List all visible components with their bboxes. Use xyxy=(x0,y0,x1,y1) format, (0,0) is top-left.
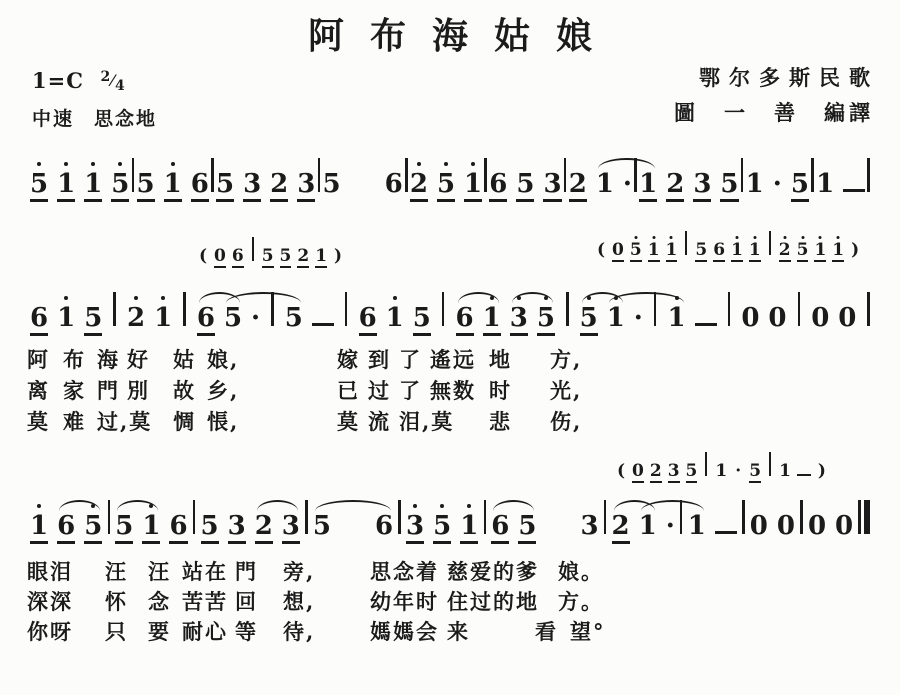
lyric-segment: 了 xyxy=(399,375,422,405)
note-5: 5 xyxy=(84,305,102,336)
measure: 653 xyxy=(491,513,598,544)
lyric-segment: 好 xyxy=(127,344,150,374)
barline xyxy=(442,292,445,326)
measure: 00 xyxy=(741,305,786,331)
slur-arc xyxy=(59,500,100,511)
note-1: 1 xyxy=(648,242,660,262)
note-6: 6 xyxy=(191,171,209,202)
measure: 653 xyxy=(489,171,561,202)
note-5: 5 xyxy=(433,513,451,544)
note-1: 1 xyxy=(731,242,743,262)
measure: 00 xyxy=(808,513,853,539)
note-1: 1 xyxy=(154,305,172,331)
slur-arc xyxy=(117,500,158,511)
measure: 5 xyxy=(285,305,334,336)
parenthesis: ) xyxy=(333,248,343,265)
note-2: 2 xyxy=(569,171,587,202)
note-2: 2 xyxy=(612,513,630,544)
song-title: 阿布海姑娘 xyxy=(0,8,900,59)
measure: (06 xyxy=(198,248,244,268)
lyric-segment: 海 xyxy=(97,344,120,374)
measure: 56 xyxy=(313,513,393,539)
measure: 1·5 xyxy=(715,463,761,483)
measure: 165 xyxy=(30,513,102,544)
note-5: 5 xyxy=(285,305,303,331)
note-1: 1 xyxy=(57,305,75,331)
barline xyxy=(564,158,567,192)
octave-dot xyxy=(37,504,41,508)
note-5: 5 xyxy=(137,171,155,202)
note-2: 2 xyxy=(127,305,145,331)
note-3: 3 xyxy=(228,513,246,544)
meter-denominator: 4 xyxy=(115,78,126,94)
octave-dot xyxy=(37,162,41,166)
barline xyxy=(798,292,801,326)
note-3: 3 xyxy=(510,305,528,336)
note-6: 6 xyxy=(232,248,244,268)
slur-arc xyxy=(493,500,534,511)
lyric-segment: 伤, xyxy=(550,406,582,436)
parenthesis: ( xyxy=(596,242,606,259)
slur-arc xyxy=(226,292,301,303)
note-6: 6 xyxy=(359,305,377,336)
tempo-marking: 中速思念地 xyxy=(32,104,157,131)
rest-note: 0 xyxy=(632,463,644,483)
note-1: 1 xyxy=(779,463,791,480)
note-1: 1 xyxy=(386,305,404,331)
note-5: 5 xyxy=(30,171,48,202)
note-5: 5 xyxy=(280,248,292,268)
parenthesis: ( xyxy=(616,463,626,480)
note-5: 5 xyxy=(516,171,534,202)
lyric-segment: 怀 xyxy=(105,586,128,616)
note-1: 1 xyxy=(315,248,327,268)
augmentation-dot: · xyxy=(251,305,260,331)
measure: 21 xyxy=(127,305,172,331)
measure: 251 xyxy=(410,171,482,202)
note-5: 5 xyxy=(518,513,536,544)
slur-arc xyxy=(641,500,704,511)
octave-dot xyxy=(134,296,138,300)
octave-dot xyxy=(735,236,738,239)
octave-dot xyxy=(801,236,804,239)
note-6: 6 xyxy=(713,242,725,262)
note-1: 1 xyxy=(164,171,182,202)
measure: 5521) xyxy=(262,248,343,268)
barline xyxy=(484,158,487,192)
note-5: 5 xyxy=(437,171,455,202)
augmentation-dot: · xyxy=(773,171,782,197)
lyric-segment: 布 xyxy=(63,344,86,374)
lyric-segment: 幼年时 xyxy=(370,586,439,616)
barline xyxy=(769,231,771,255)
measure: 51· xyxy=(580,305,643,336)
barline xyxy=(345,292,348,326)
lyric-segment: 站在 xyxy=(182,556,228,586)
note-5: 5 xyxy=(749,463,761,483)
lyric-segment: 你呀 xyxy=(27,616,73,646)
note-1: 1 xyxy=(460,513,478,544)
lyric-segment: 思念着 xyxy=(370,556,439,586)
rest-note: 0 xyxy=(835,513,853,539)
lyric-segment: 深深 xyxy=(27,586,73,616)
barline xyxy=(769,452,771,476)
measure: 351 xyxy=(406,513,478,544)
note-5: 5 xyxy=(262,248,274,268)
note-5: 5 xyxy=(201,513,219,544)
octave-dot xyxy=(393,296,397,300)
lyric-segment: 离 xyxy=(27,375,50,405)
lyric-segment: 待, xyxy=(283,616,315,646)
measure: 516 xyxy=(115,513,187,544)
measure: 21· xyxy=(612,513,675,544)
lyric-segment: 方。 xyxy=(558,586,604,616)
lyric-segment: 过,莫 xyxy=(97,406,152,436)
octave-dot xyxy=(670,236,673,239)
lyric-segment: 嫁 xyxy=(337,344,360,374)
note-6: 6 xyxy=(169,513,187,544)
note-spacer xyxy=(340,533,366,534)
barline xyxy=(867,292,870,326)
note-2: 2 xyxy=(410,171,428,202)
note-6: 6 xyxy=(491,513,509,544)
octave-dot xyxy=(634,236,637,239)
meter-numerator: 2 xyxy=(101,69,112,85)
lyric-segment: 莫 xyxy=(337,406,360,436)
lyric-segment: 門 xyxy=(97,375,120,405)
lyric-segment: 娘, xyxy=(207,344,239,374)
note-6: 6 xyxy=(489,171,507,202)
lyric-segment: 了 xyxy=(399,344,422,374)
slur-arc xyxy=(609,292,684,303)
lyric-segment: 悲 xyxy=(489,406,512,436)
augmentation-dot: · xyxy=(666,513,675,539)
note-spacer xyxy=(545,533,571,534)
barline xyxy=(858,500,861,534)
lyric-segment: 方, xyxy=(550,344,582,374)
pickup-figure-1: (065521) xyxy=(198,237,343,265)
note-2: 2 xyxy=(297,248,309,268)
slur-arc xyxy=(458,292,499,303)
arranger-credit: 圖 一 善 編譯 xyxy=(674,97,874,127)
note-1: 1 xyxy=(596,171,614,197)
measure: 2511) xyxy=(779,242,860,262)
barline xyxy=(728,292,731,326)
note-5: 5 xyxy=(323,171,341,197)
augmentation-dot: · xyxy=(634,305,643,331)
measure: 1 xyxy=(816,171,865,202)
note-3: 3 xyxy=(693,171,711,202)
measure: 56 xyxy=(323,171,403,197)
lyric-segment: 看 xyxy=(535,616,558,646)
note-spacer xyxy=(350,191,376,192)
final-barline xyxy=(858,500,870,534)
measure: 516 xyxy=(137,171,209,202)
note-1: 1 xyxy=(483,305,501,336)
measure: 1 xyxy=(668,305,717,336)
note-2: 2 xyxy=(255,513,273,544)
note-5: 5 xyxy=(580,305,598,336)
measure: 21· xyxy=(569,171,632,202)
note-6: 6 xyxy=(375,513,393,539)
note-6: 6 xyxy=(385,171,403,197)
note-5: 5 xyxy=(216,171,234,202)
note-2: 2 xyxy=(779,242,791,262)
note-1: 1 xyxy=(142,513,160,544)
parenthesis: ) xyxy=(850,242,860,259)
note-5: 5 xyxy=(84,513,102,544)
barline xyxy=(811,158,814,192)
octave-dot xyxy=(444,162,448,166)
barline xyxy=(705,452,707,476)
song-origin: 鄂尔多斯民歌 xyxy=(674,62,879,92)
key-and-tempo-block: 1=C 2⁄4 中速思念地 xyxy=(32,68,157,131)
lyric-segment: 旁, xyxy=(283,556,315,586)
note-5: 5 xyxy=(115,513,133,544)
octave-dot xyxy=(64,296,68,300)
lyric-segment: 眼泪 xyxy=(27,556,73,586)
lyric-segment: 別 xyxy=(127,375,150,405)
barline xyxy=(211,158,214,192)
key-label: 1=C xyxy=(32,68,84,93)
lyric-segment: 流 xyxy=(368,406,391,436)
note-1: 1 xyxy=(30,513,48,544)
pickup-figure-3: (02351·51) xyxy=(616,452,827,480)
octave-dot xyxy=(171,162,175,166)
octave-dot xyxy=(837,236,840,239)
duration-dash xyxy=(797,474,811,476)
note-1: 1 xyxy=(832,242,844,262)
note-3: 3 xyxy=(543,171,561,202)
note-3: 3 xyxy=(243,171,261,202)
rest-note: 0 xyxy=(750,513,768,539)
lyric-segment: 住过的地 xyxy=(447,586,539,616)
note-5: 5 xyxy=(695,242,707,262)
barline xyxy=(867,158,870,192)
measure: 00 xyxy=(811,305,856,331)
barline xyxy=(252,237,254,261)
note-5: 5 xyxy=(413,305,431,336)
measure: 5115 xyxy=(30,171,129,202)
lyric-segment: 遙远 xyxy=(430,344,476,374)
barline xyxy=(113,292,116,326)
expression-label: 思念地 xyxy=(94,108,157,130)
duration-dash xyxy=(312,323,334,326)
note-3: 3 xyxy=(297,171,315,202)
barline xyxy=(405,158,408,192)
note-2: 2 xyxy=(270,171,288,202)
parenthesis: ( xyxy=(198,248,208,265)
barline xyxy=(108,500,111,534)
lyric-segment: 念 xyxy=(148,586,171,616)
rest-note: 0 xyxy=(838,305,856,331)
lyric-segment: 門 xyxy=(235,556,258,586)
lyric-segment: 悵, xyxy=(207,406,239,436)
lyric-segment: 姑 xyxy=(173,344,196,374)
measure: 615 xyxy=(30,305,102,336)
note-5: 5 xyxy=(630,242,642,262)
note-1: 1 xyxy=(57,171,75,202)
barline xyxy=(800,500,803,534)
lyric-segment: 来 xyxy=(447,616,470,646)
parenthesis: ) xyxy=(817,463,827,480)
octave-dot xyxy=(64,162,68,166)
octave-dot xyxy=(440,504,444,508)
note-5: 5 xyxy=(791,171,809,202)
barline xyxy=(318,158,321,192)
note-6: 6 xyxy=(456,305,474,336)
barline xyxy=(183,292,186,326)
key-signature: 1=C 2⁄4 xyxy=(32,68,157,94)
lyric-segment: 家 xyxy=(63,375,86,405)
note-5: 5 xyxy=(313,513,331,539)
pickup-figure-2: (051156112511) xyxy=(596,231,860,259)
sheet-music-page: 阿布海姑娘 1=C 2⁄4 中速思念地 鄂尔多斯民歌 圖 一 善 編譯 5115… xyxy=(0,0,900,695)
note-1: 1 xyxy=(688,513,706,539)
octave-dot xyxy=(753,236,756,239)
lyric-segment: 光, xyxy=(550,375,582,405)
note-5: 5 xyxy=(224,305,242,331)
slur-arc xyxy=(598,158,655,169)
octave-dot xyxy=(783,236,786,239)
note-1: 1 xyxy=(666,242,678,262)
rest-note: 0 xyxy=(811,305,829,331)
measure: 615 xyxy=(359,305,431,336)
note-1: 1 xyxy=(607,305,625,331)
rest-note: 0 xyxy=(777,513,795,539)
rest-note: 0 xyxy=(612,242,624,262)
note-3: 3 xyxy=(282,513,300,544)
barline xyxy=(566,292,569,326)
lyric-segment: 想, xyxy=(283,586,315,616)
lyric-segment: 娘。 xyxy=(558,556,604,586)
octave-dot xyxy=(471,162,475,166)
octave-dot xyxy=(417,162,421,166)
barline xyxy=(305,500,308,534)
measure: 5611 xyxy=(695,242,760,262)
note-6: 6 xyxy=(57,513,75,544)
octave-dot xyxy=(819,236,822,239)
note-1: 1 xyxy=(464,171,482,202)
lyric-segment: 汪 xyxy=(148,556,171,586)
barline xyxy=(132,158,135,192)
octave-dot xyxy=(161,296,165,300)
barline xyxy=(685,231,687,255)
thick-barline xyxy=(864,500,870,534)
note-3: 3 xyxy=(406,513,424,544)
note-5: 5 xyxy=(111,171,129,202)
note-1: 1 xyxy=(814,242,826,262)
slur-arc xyxy=(257,500,298,511)
lyric-segment: 时 xyxy=(489,375,512,405)
rest-note: 0 xyxy=(214,248,226,268)
measure: 1235 xyxy=(639,171,738,202)
note-3: 3 xyxy=(668,463,680,483)
note-1: 1 xyxy=(715,463,727,480)
notation-line-1: 511551653235625165321·12351·51 xyxy=(30,158,870,200)
lyric-segment: 莫 xyxy=(27,406,50,436)
lyric-segment: 到 xyxy=(368,344,391,374)
lyric-segment: 难 xyxy=(63,406,86,436)
note-6: 6 xyxy=(197,305,215,336)
lyric-segment: 無数 xyxy=(430,375,476,405)
measure: (0511 xyxy=(596,242,677,262)
rest-note: 0 xyxy=(768,305,786,331)
rest-note: 0 xyxy=(741,305,759,331)
note-2: 2 xyxy=(650,463,662,483)
augmentation-dot: · xyxy=(733,463,743,480)
note-5: 5 xyxy=(720,171,738,202)
note-1: 1 xyxy=(749,242,761,262)
duration-dash xyxy=(715,531,737,534)
measure: 6135 xyxy=(456,305,555,336)
slur-arc xyxy=(315,500,391,511)
measure: 00 xyxy=(750,513,795,539)
lyric-segment: 惆 xyxy=(173,406,196,436)
measure: 5323 xyxy=(201,513,300,544)
lyric-segment: 回 xyxy=(235,586,258,616)
tempo-label: 中速 xyxy=(32,108,74,130)
notation-line-2: 6152165·5615613551·10000 xyxy=(30,292,870,334)
octave-dot xyxy=(118,162,122,166)
barline xyxy=(484,500,487,534)
lyric-segment: 耐心 xyxy=(182,616,228,646)
lyric-segment: 已 xyxy=(337,375,360,405)
lyric-segment: 过 xyxy=(368,375,391,405)
octave-dot xyxy=(413,504,417,508)
measure: (0235 xyxy=(616,463,697,483)
credits-block: 鄂尔多斯民歌 圖 一 善 編譯 xyxy=(674,62,870,127)
lyric-segment: 汪 xyxy=(105,556,128,586)
duration-dash xyxy=(695,323,717,326)
note-3: 3 xyxy=(580,513,598,539)
measure: 1) xyxy=(779,463,827,483)
lyric-segment: 要 xyxy=(148,616,171,646)
lyric-segment: 媽媽会 xyxy=(370,616,439,646)
measure: 65· xyxy=(197,305,260,336)
note-2: 2 xyxy=(666,171,684,202)
note-1: 1 xyxy=(639,171,657,202)
note-1: 1 xyxy=(668,305,686,331)
lyric-segment: 苦苦 xyxy=(182,586,228,616)
lyric-segment: 阿 xyxy=(27,344,50,374)
note-6: 6 xyxy=(30,305,48,336)
lyric-segment: 只 xyxy=(105,616,128,646)
duration-dash xyxy=(843,189,865,192)
note-1: 1 xyxy=(816,171,834,197)
lyric-segment: 地 xyxy=(489,344,512,374)
note-5: 5 xyxy=(797,242,809,262)
augmentation-dot: · xyxy=(623,171,632,197)
lyric-segment: 乡, xyxy=(207,375,239,405)
barline xyxy=(741,158,744,192)
note-1: 1 xyxy=(84,171,102,202)
barline xyxy=(742,500,745,534)
barline xyxy=(193,500,196,534)
note-5: 5 xyxy=(686,463,698,483)
octave-dot xyxy=(91,162,95,166)
lyric-segment: 故 xyxy=(173,375,196,405)
note-1: 1 xyxy=(746,171,764,197)
rest-note: 0 xyxy=(808,513,826,539)
barline xyxy=(398,500,401,534)
lyric-segment: 慈爱的爹 xyxy=(447,556,539,586)
note-1: 1 xyxy=(639,513,657,539)
note-5: 5 xyxy=(537,305,555,336)
octave-dot xyxy=(652,236,655,239)
lyric-segment: 等 xyxy=(235,616,258,646)
slur-arc xyxy=(512,292,553,303)
